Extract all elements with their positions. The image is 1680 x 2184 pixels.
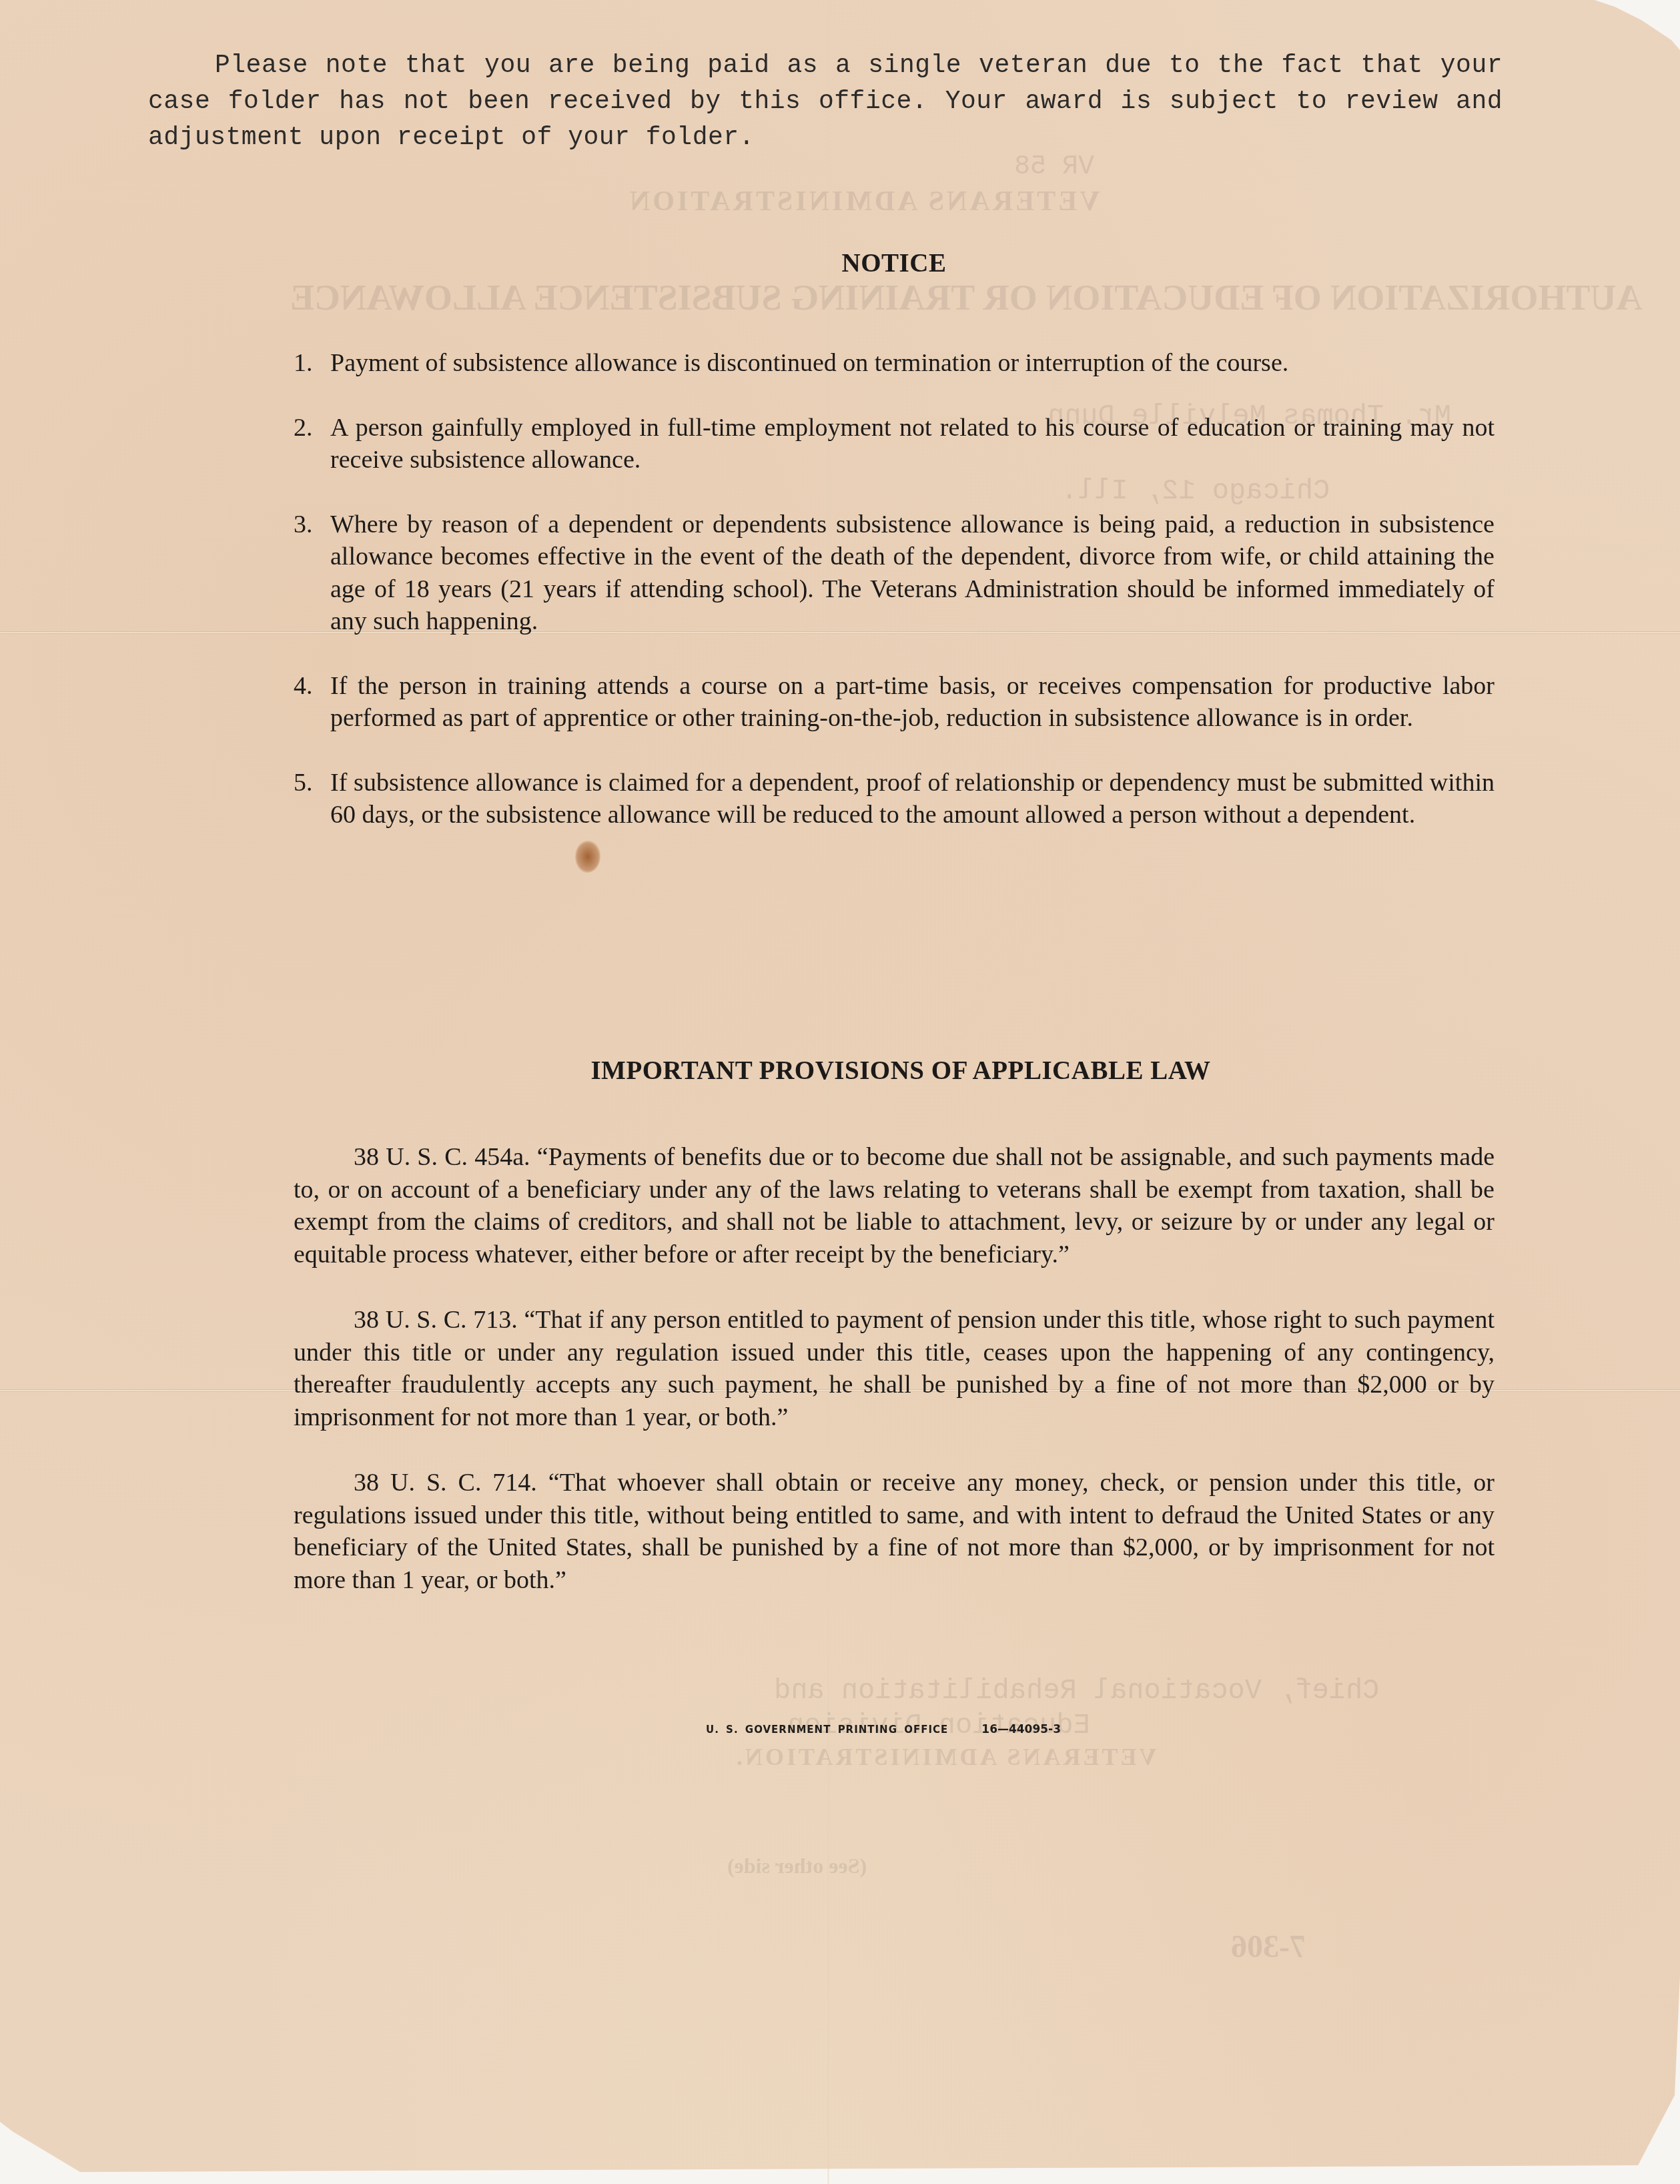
notice-item-number: 5. [294, 767, 330, 831]
notice-item: 5. If subsistence allowance is claimed f… [294, 767, 1495, 831]
law-citation: 38 U. S. C. 713. [354, 1306, 518, 1334]
notice-item: 1. Payment of subsistence allowance is d… [294, 347, 1495, 380]
printer-office: U. S. GOVERNMENT PRINTING OFFICE [706, 1724, 948, 1736]
law-provisions: 38 U. S. C. 454a. “Payments of benefits … [294, 1141, 1495, 1629]
printer-code: 16—44095-3 [981, 1723, 1061, 1736]
notice-item-number: 2. [294, 412, 330, 476]
notice-item-number: 4. [294, 670, 330, 735]
law-citation: 38 U. S. C. 454a. [354, 1143, 530, 1171]
law-provision: 38 U. S. C. 454a. “Payments of benefits … [294, 1141, 1495, 1270]
law-provision: 38 U. S. C. 714. “That whoever shall obt… [294, 1467, 1495, 1596]
notice-item-text: Payment of subsistence allowance is disc… [330, 347, 1495, 380]
notice-item: 4. If the person in training attends a c… [294, 670, 1495, 735]
notice-item-number: 3. [294, 508, 330, 638]
notice-item-text: If subsistence allowance is claimed for … [330, 767, 1495, 831]
notice-item-text: A person gainfully employed in full-time… [330, 412, 1495, 476]
notice-heading: NOTICE [694, 248, 1094, 278]
law-provision: 38 U. S. C. 713. “That if any person ent… [294, 1304, 1495, 1433]
paper-sheet [0, 0, 1680, 2184]
typed-note: Please note that you are being paid as a… [148, 48, 1503, 156]
vertical-crease [827, 0, 829, 2184]
law-citation: 38 U. S. C. 714. [354, 1469, 537, 1497]
printer-imprint: U. S. GOVERNMENT PRINTING OFFICE16—44095… [706, 1723, 1061, 1736]
notice-item-text: Where by reason of a dependent or depend… [330, 508, 1495, 638]
notice-item: 3. Where by reason of a dependent or dep… [294, 508, 1495, 638]
notice-item-number: 1. [294, 347, 330, 380]
notice-item-text: If the person in training attends a cour… [330, 670, 1495, 735]
law-heading: IMPORTANT PROVISIONS OF APPLICABLE LAW [467, 1056, 1334, 1086]
notice-item: 2. A person gainfully employed in full-t… [294, 412, 1495, 476]
typed-note-text: Please note that you are being paid as a… [148, 48, 1503, 156]
notice-list: 1. Payment of subsistence allowance is d… [294, 347, 1495, 863]
